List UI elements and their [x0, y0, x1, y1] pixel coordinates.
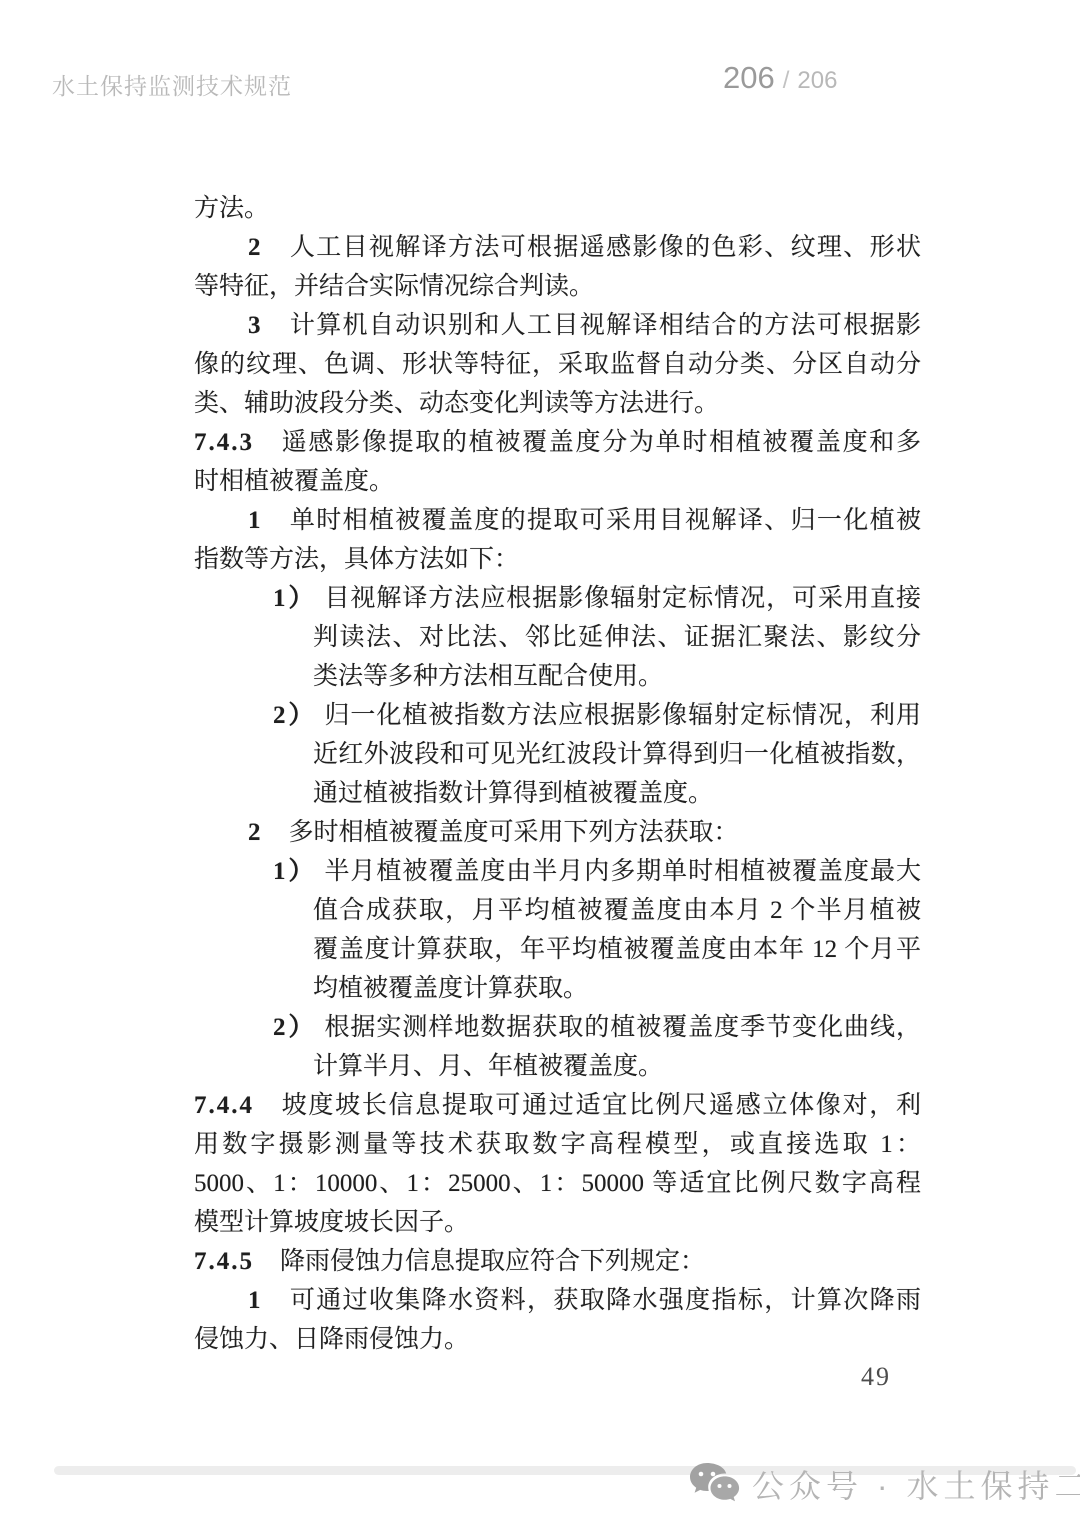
text-line: 3计算机自动识别和人工目视解译相结合的方法可根据影	[194, 306, 921, 345]
text-line: 1）半月植被覆盖度由半月内多期单时相植被覆盖度最大	[194, 852, 921, 891]
line-text: 指数等方法，具体方法如下：	[194, 546, 519, 573]
clause-number: 7.4.3	[194, 429, 254, 456]
text-line: 时相植被覆盖度。	[194, 462, 921, 501]
line-text: 均植被覆盖度计算获取。	[313, 975, 588, 1002]
clause-number: 1）	[273, 858, 316, 885]
text-line: 1单时相植被覆盖度的提取可采用目视解译、归一化植被	[194, 501, 921, 540]
text-line: 通过植被指数计算得到植被覆盖度。	[194, 774, 921, 813]
line-text: 类、辅助波段分类、动态变化判读等方法进行。	[194, 390, 719, 417]
line-text: 类法等多种方法相互配合使用。	[313, 663, 663, 690]
document-page: 水土保持监测技术规范 206 / 206 方法。2人工目视解译方法可根据遥感影像…	[0, 0, 1080, 1527]
line-text: 可通过收集降水资料，获取降水强度指标，计算次降雨	[289, 1287, 922, 1314]
text-line: 判读法、对比法、邻比延伸法、证据汇聚法、影纹分	[194, 618, 921, 657]
line-text: 判读法、对比法、邻比延伸法、证据汇聚法、影纹分	[313, 624, 921, 651]
line-text: 用数字摄影测量等技术获取数字高程模型，或直接选取 1：	[194, 1131, 921, 1158]
line-text: 等特征，并结合实际情况综合判读。	[194, 273, 594, 300]
text-line: 类、辅助波段分类、动态变化判读等方法进行。	[194, 384, 921, 423]
text-line: 方法。	[194, 189, 921, 228]
line-text: 计算机自动识别和人工目视解译相结合的方法可根据影	[289, 312, 922, 339]
line-text: 时相植被覆盖度。	[194, 468, 394, 495]
clause-number: 7.4.4	[194, 1092, 254, 1119]
text-line: 值合成获取，月平均植被覆盖度由本月 2 个半月植被	[194, 891, 921, 930]
printed-page-number: 49	[846, 1362, 906, 1392]
text-line: 均植被覆盖度计算获取。	[194, 969, 921, 1008]
text-line: 1）目视解译方法应根据影像辐射定标情况，可采用直接	[194, 579, 921, 618]
line-text: 5000、1：10000、1：25000、1：50000 等适宜比例尺数字高程	[194, 1170, 921, 1197]
clause-number: 2	[248, 234, 263, 261]
text-line: 2）归一化植被指数方法应根据影像辐射定标情况，利用	[194, 696, 921, 735]
total-page-number: 206	[797, 67, 837, 95]
text-line: 近红外波段和可见光红波段计算得到归一化植被指数，	[194, 735, 921, 774]
wechat-watermark: 公众号 · 水土保持二三	[688, 1458, 1080, 1510]
wechat-icon	[688, 1461, 740, 1507]
watermark-text: 公众号 · 水土保持二三	[752, 1461, 1080, 1507]
text-line: 指数等方法，具体方法如下：	[194, 540, 921, 579]
line-text: 遥感影像提取的植被覆盖度分为单时相植被覆盖度和多	[280, 429, 921, 456]
line-text: 人工目视解译方法可根据遥感影像的色彩、纹理、形状	[289, 234, 922, 261]
page-separator: /	[783, 67, 790, 95]
text-line: 7.4.4坡度坡长信息提取可通过适宜比例尺遥感立体像对，利	[194, 1086, 921, 1125]
line-text: 方法。	[194, 195, 269, 222]
text-line: 7.4.5降雨侵蚀力信息提取应符合下列规定：	[194, 1242, 921, 1281]
line-text: 单时相植被覆盖度的提取可采用目视解译、归一化植被	[289, 507, 922, 534]
text-line: 等特征，并结合实际情况综合判读。	[194, 267, 921, 306]
text-line: 7.4.3遥感影像提取的植被覆盖度分为单时相植被覆盖度和多	[194, 423, 921, 462]
clause-number: 1	[248, 1287, 263, 1314]
text-line: 用数字摄影测量等技术获取数字高程模型，或直接选取 1：	[194, 1125, 921, 1164]
line-text: 坡度坡长信息提取可通过适宜比例尺遥感立体像对，利	[280, 1092, 921, 1119]
line-text: 多时相植被覆盖度可采用下列方法获取：	[289, 819, 739, 846]
line-text: 侵蚀力、日降雨侵蚀力。	[194, 1326, 469, 1353]
clause-number: 2）	[273, 702, 316, 729]
text-line: 类法等多种方法相互配合使用。	[194, 657, 921, 696]
clause-number: 3	[248, 312, 263, 339]
text-line: 覆盖度计算获取，年平均植被覆盖度由本年 12 个月平	[194, 930, 921, 969]
text-line: 2人工目视解译方法可根据遥感影像的色彩、纹理、形状	[194, 228, 921, 267]
line-text: 目视解译方法应根据影像辐射定标情况，可采用直接	[323, 585, 921, 612]
text-line: 计算半月、月、年植被覆盖度。	[194, 1047, 921, 1086]
line-text: 降雨侵蚀力信息提取应符合下列规定：	[280, 1248, 705, 1275]
text-line: 2多时相植被覆盖度可采用下列方法获取：	[194, 813, 921, 852]
line-text: 通过植被指数计算得到植被覆盖度。	[313, 780, 713, 807]
line-text: 半月植被覆盖度由半月内多期单时相植被覆盖度最大	[323, 858, 921, 885]
clause-number: 1	[248, 507, 263, 534]
clause-number: 2	[248, 819, 263, 846]
viewer-header: 水土保持监测技术规范 206 / 206	[0, 0, 1080, 120]
text-line: 5000、1：10000、1：25000、1：50000 等适宜比例尺数字高程	[194, 1164, 921, 1203]
document-text: 方法。2人工目视解译方法可根据遥感影像的色彩、纹理、形状等特征，并结合实际情况综…	[194, 189, 921, 1359]
text-line: 2）根据实测样地数据获取的植被覆盖度季节变化曲线，	[194, 1008, 921, 1047]
line-text: 近红外波段和可见光红波段计算得到归一化植被指数，	[313, 741, 921, 768]
current-page-number: 206	[723, 60, 775, 96]
line-text: 覆盖度计算获取，年平均植被覆盖度由本年 12 个月平	[313, 936, 921, 963]
clause-number: 7.4.5	[194, 1248, 254, 1275]
line-text: 模型计算坡度坡长因子。	[194, 1209, 469, 1236]
document-title: 水土保持监测技术规范	[52, 68, 292, 101]
line-text: 归一化植被指数方法应根据影像辐射定标情况，利用	[323, 702, 921, 729]
line-text: 像的纹理、色调、形状等特征，采取监督自动分类、分区自动分	[194, 351, 921, 378]
text-line: 模型计算坡度坡长因子。	[194, 1203, 921, 1242]
text-line: 1可通过收集降水资料，获取降水强度指标，计算次降雨	[194, 1281, 921, 1320]
page-indicator: 206 / 206	[723, 60, 837, 96]
line-text: 计算半月、月、年植被覆盖度。	[313, 1053, 663, 1080]
text-line: 侵蚀力、日降雨侵蚀力。	[194, 1320, 921, 1359]
text-line: 像的纹理、色调、形状等特征，采取监督自动分类、分区自动分	[194, 345, 921, 384]
line-text: 值合成获取，月平均植被覆盖度由本月 2 个半月植被	[313, 897, 921, 924]
clause-number: 2）	[273, 1014, 316, 1041]
clause-number: 1）	[273, 585, 316, 612]
line-text: 根据实测样地数据获取的植被覆盖度季节变化曲线，	[323, 1014, 921, 1041]
